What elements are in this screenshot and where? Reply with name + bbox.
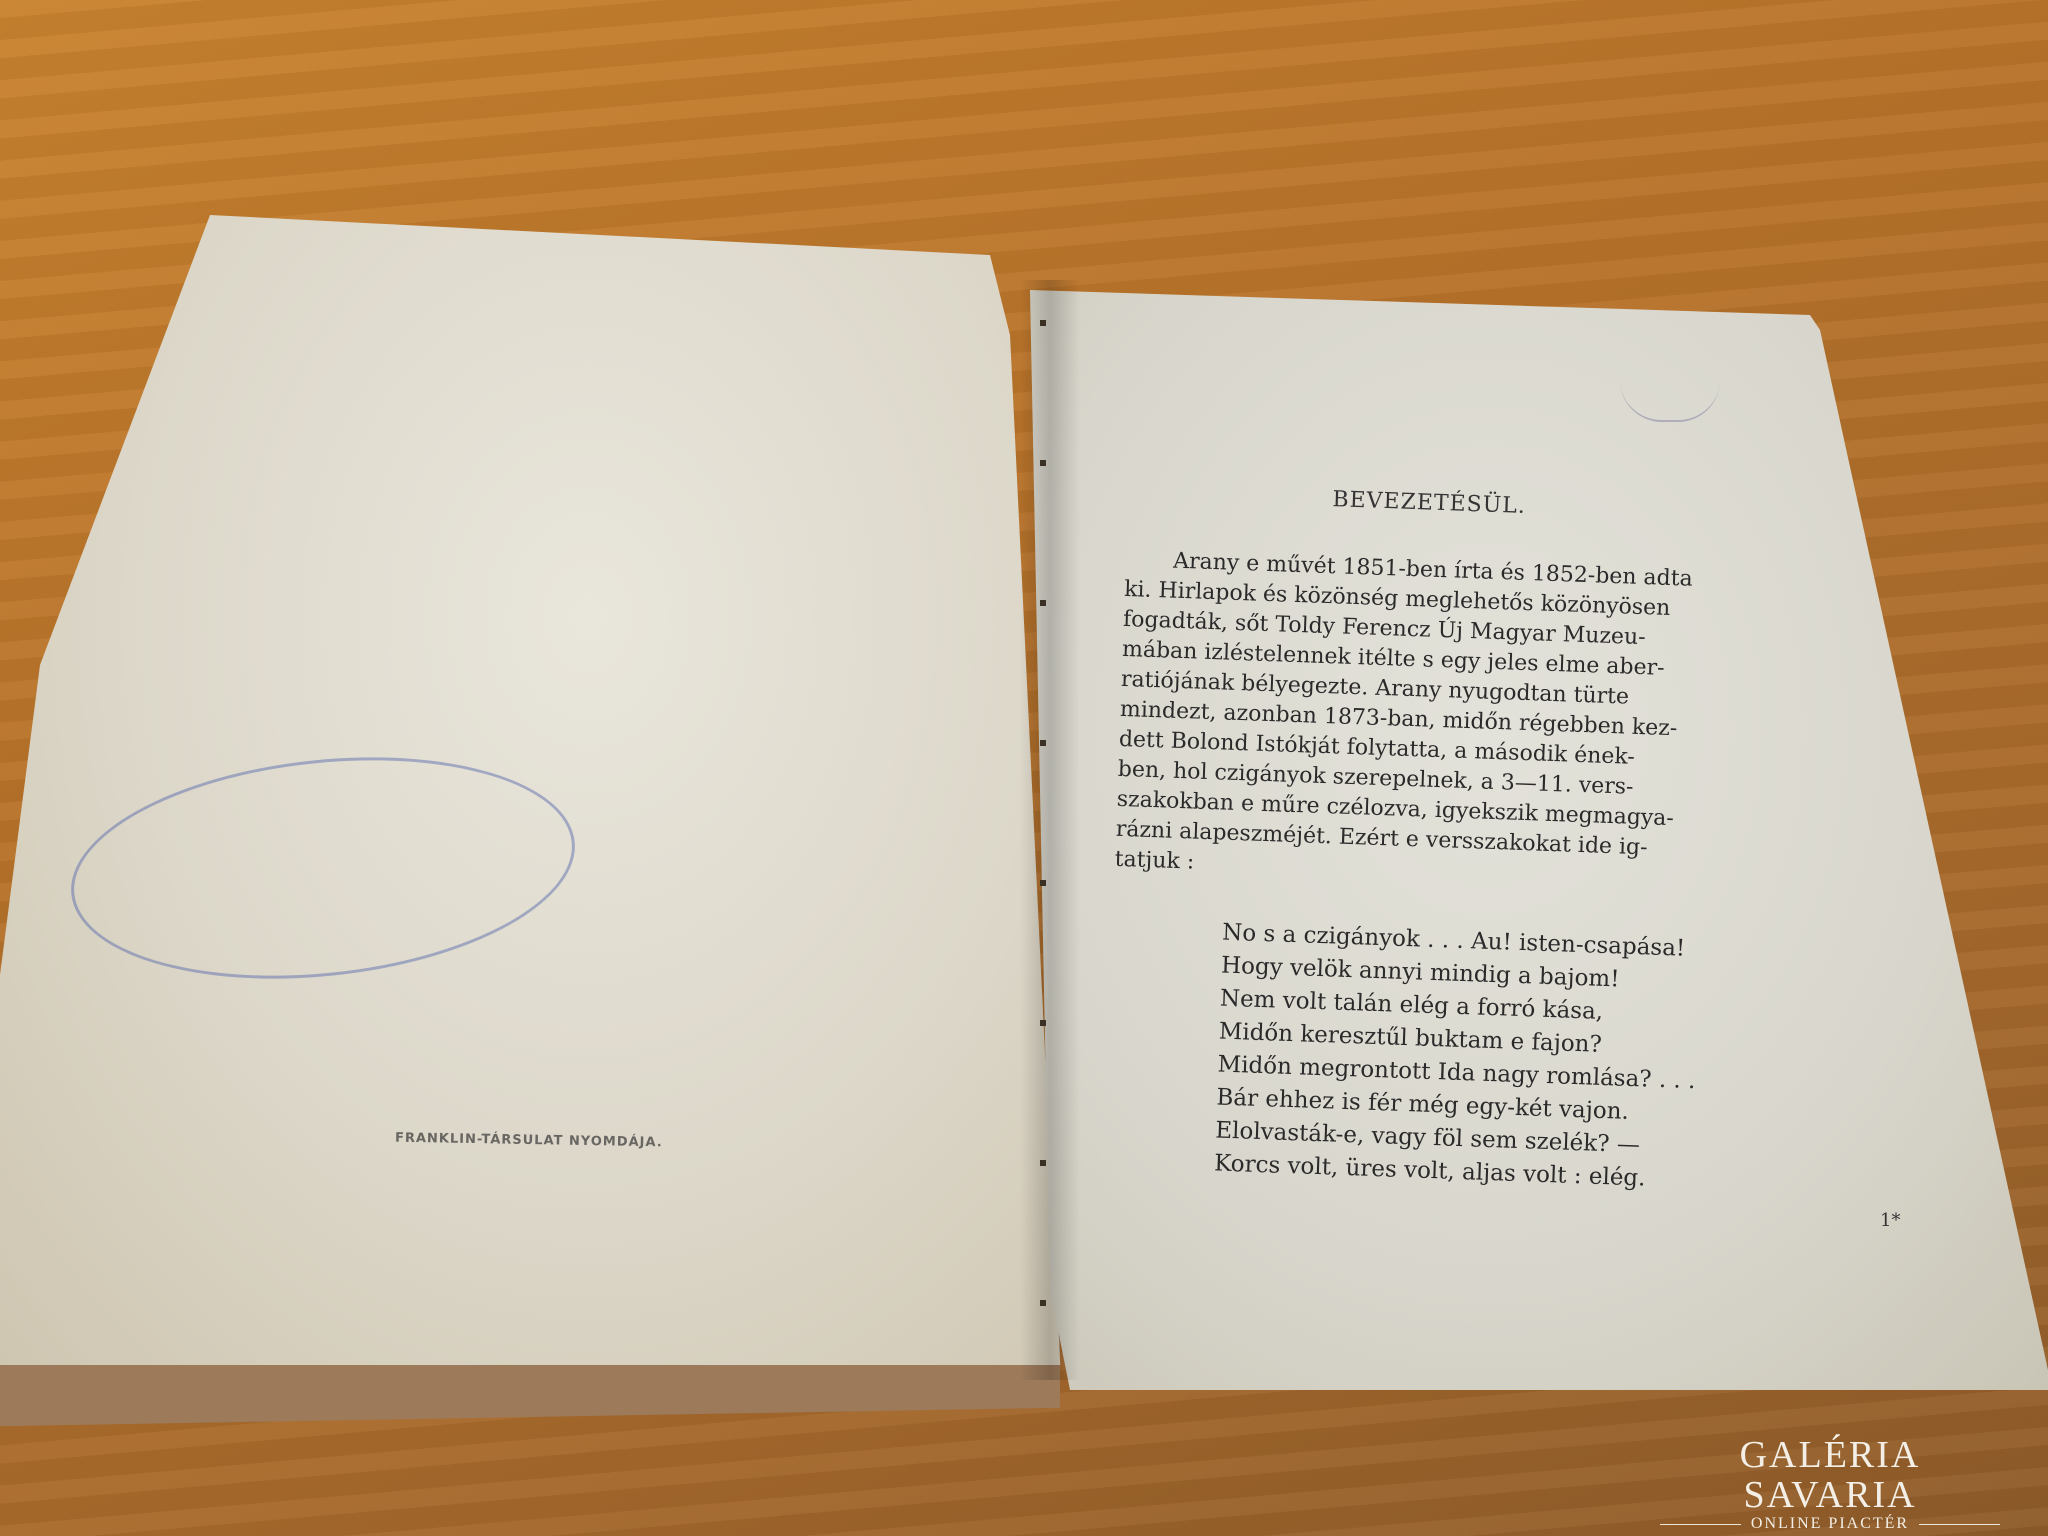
signature-mark: 1* — [1880, 1210, 1900, 1231]
poem-stanza: No s a czigányok . . . Au! isten-csapása… — [1214, 917, 1873, 1204]
divider — [1919, 1524, 2000, 1525]
watermark-brand: GALÉRIA SAVARIA — [1660, 1435, 2000, 1515]
page-text: BEVEZETÉSÜL. Arany e művét 1851-ben írta… — [1104, 480, 1888, 1203]
watermark-logo: GALÉRIA SAVARIA ONLINE PIACTÉR — [1660, 1435, 2000, 1533]
spine-stitch — [1040, 320, 1046, 1320]
open-book: FRANKLIN-TÁRSULAT NYOMDÁJA. BEVEZETÉSÜL.… — [0, 0, 2048, 1536]
left-page — [0, 215, 1070, 1365]
divider — [1660, 1524, 1741, 1525]
gutter-shadow — [1020, 280, 1080, 1380]
watermark-subtitle: ONLINE PIACTÉR — [1751, 1515, 1909, 1533]
watermark-subtitle-row: ONLINE PIACTÉR — [1660, 1515, 2000, 1533]
intro-paragraph: Arany e művét 1851-ben írta és 1852-ben … — [1114, 545, 1885, 901]
